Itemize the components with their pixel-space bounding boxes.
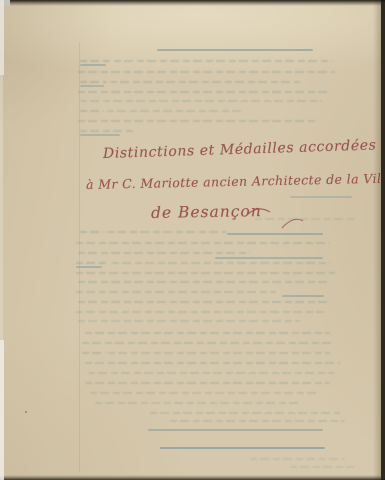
handwritten-title-line-2: à Mr C. Mariotte ancien Architecte de la… (86, 171, 385, 192)
ghost-bleed-stroke (76, 272, 335, 274)
ghost-bleed-stroke (95, 402, 300, 404)
ghost-bleed-stroke (170, 420, 345, 422)
ghost-bleed-stroke (82, 342, 335, 344)
ghost-bleed-stroke (80, 134, 120, 136)
handwritten-title-line-3: de Besançon (151, 202, 262, 222)
ghost-bleed-stroke (80, 110, 104, 112)
ghost-bleed-stroke (76, 262, 106, 264)
ghost-bleed-stroke (80, 85, 104, 87)
ghost-bleed-stroke (160, 447, 325, 449)
ghost-bleed-stroke (112, 262, 330, 264)
ghost-bleed-stroke (78, 252, 250, 254)
page-edge-bottom (0, 475, 385, 480)
ghost-bleed-stroke (290, 466, 360, 468)
ghost-bleed-stroke (250, 458, 345, 460)
ghost-bleed-stroke (80, 231, 104, 233)
ghost-bleed-stroke (80, 60, 110, 62)
ghost-bleed-stroke (255, 218, 355, 220)
ghost-bleed-stroke (76, 291, 276, 293)
underlying-page-sliver-left-mid (0, 75, 3, 340)
ghost-bleed-stroke (110, 81, 300, 83)
page-edge-right-shadow (373, 0, 381, 480)
ghost-bleed-stroke (107, 110, 242, 112)
margin-rule-line (79, 42, 80, 472)
ghost-bleed-stroke (82, 352, 106, 354)
ghost-bleed-stroke (78, 120, 318, 122)
handwritten-title-line-1: Distinctions et Médailles accordées (103, 137, 377, 162)
ghost-bleed-stroke (85, 362, 340, 364)
ghost-bleed-stroke (80, 64, 106, 66)
ghost-bleed-stroke (80, 130, 136, 132)
ghost-bleed-stroke (76, 242, 330, 244)
ghost-bleed-stroke (282, 295, 324, 297)
bleed-through-layer (0, 0, 385, 480)
ghost-bleed-stroke (90, 392, 320, 394)
ghost-bleed-stroke (80, 100, 322, 102)
underlying-page-sliver-left-bottom (0, 340, 4, 480)
ghost-bleed-stroke (215, 257, 323, 259)
underlying-page-sliver-top (0, 0, 10, 6)
ghost-bleed-stroke (107, 231, 227, 233)
ghost-bleed-stroke (78, 301, 330, 303)
ghost-bleed-stroke (78, 281, 328, 283)
ghost-bleed-stroke (150, 412, 340, 414)
underlying-page-sliver-left-top (0, 0, 4, 75)
ghost-bleed-stroke (76, 311, 324, 313)
ghost-bleed-stroke (290, 196, 352, 198)
page-edge-right (381, 0, 385, 480)
ghost-bleed-stroke (227, 233, 323, 235)
ghost-bleed-stroke (85, 382, 330, 384)
ghost-bleed-stroke (78, 71, 335, 73)
ghost-bleed-stroke (148, 429, 323, 431)
ghost-bleed-stroke (78, 91, 330, 93)
page-edge-top (0, 0, 385, 6)
ghost-bleed-stroke (108, 352, 330, 354)
ghost-bleed-stroke (78, 320, 300, 322)
ghost-bleed-stroke (88, 372, 335, 374)
ghost-bleed-stroke (114, 60, 332, 62)
ghost-bleed-stroke (157, 49, 313, 51)
paper-speck (25, 411, 27, 413)
ghost-bleed-stroke (80, 81, 107, 83)
manuscript-page: Distinctions et Médailles accordées à Mr… (0, 0, 385, 480)
ghost-bleed-stroke (85, 332, 330, 334)
ink-flourish-stroke (0, 0, 385, 480)
